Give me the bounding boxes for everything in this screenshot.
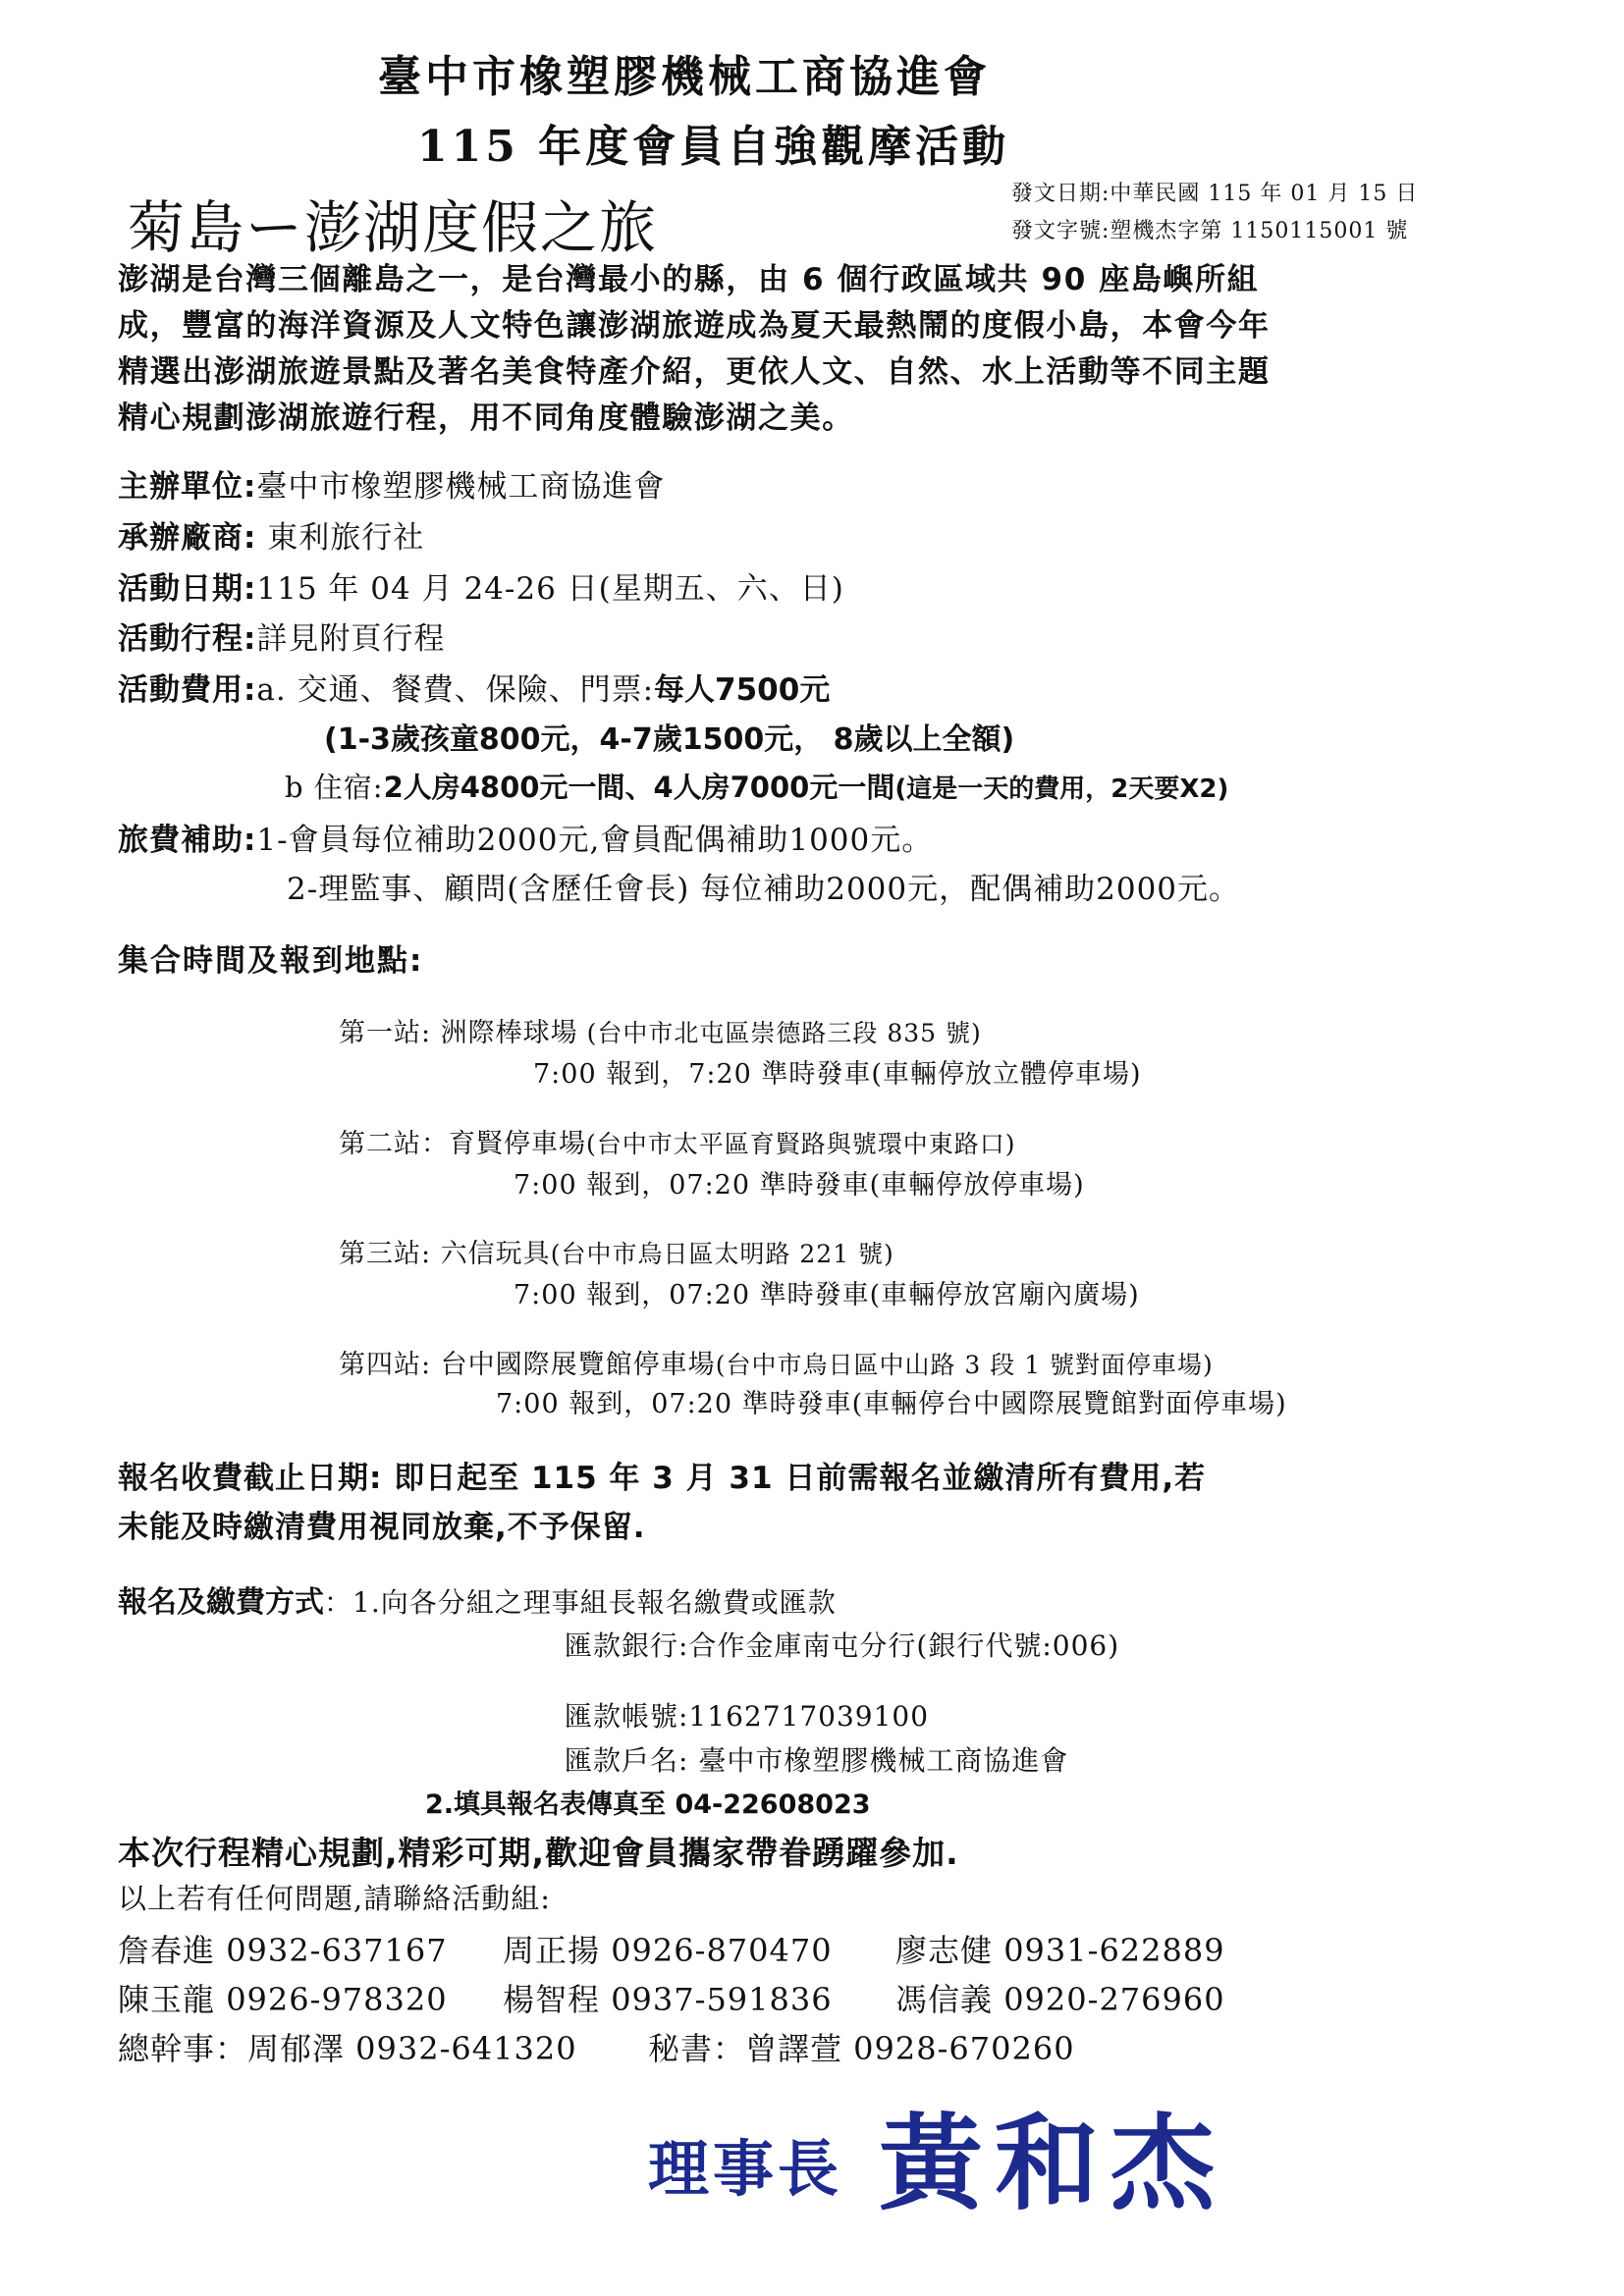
payment-method-2: 2.填具報名表傳真至 04-22608023 [425,1783,871,1821]
issue-number: 發文字號:塑機杰字第 1150115001 號 [1011,214,1408,244]
organizer-row: 主辦單位:臺中市橡塑膠機械工商協進會 [118,461,665,506]
deadline-line-2: 未能及時繳清費用視同放棄,不予保留. [118,1502,646,1546]
contact-intro: 以上若有任何問題,請聯絡活動組: [118,1877,551,1917]
fee-a-price: 每人7500元 [654,672,830,708]
secretary-general: 總幹事：周郁澤 0932-641320 [118,2024,577,2069]
payment-label: 報名及繳費方式 [118,1585,324,1620]
contact-name: 詹春進 [118,1932,215,1969]
intro-line: 精心規劃澎湖旅遊行程，用不同角度體驗澎湖之美。 [118,396,1532,442]
organizer-label: 主辦單位: [118,469,256,505]
contact-name: 廖志健 [895,1932,993,1969]
organizer-value: 臺中市橡塑膠機械工商協進會 [256,469,665,505]
contact-2: 周正揚 0926-870470 [503,1926,833,1971]
contact-5: 楊智程 0937-591836 [503,1975,833,2020]
station-name: 第一站: 洲際棒球場 [339,1018,578,1048]
fee-a-text: a. 交通、餐費、保險、門票: [256,672,654,708]
date-row: 活動日期:115 年 04 月 24-26 日(星期五、六、日) [118,563,844,608]
date-value: 115 年 04 月 24-26 日(星期五、六、日) [256,571,843,607]
agency-value: 東利旅行社 [256,520,424,556]
payment-bank: 匯款銀行:合作金庫南屯分行(銀行代號:006) [565,1625,1119,1664]
itinerary-row: 活動行程:詳見附頁行程 [118,614,445,658]
station-4: 第四站: 台中國際展覽館停車場(台中市烏日區中山路 3 段 1 號對面停車場) [339,1343,1214,1381]
contact-phone: 0926-870470 [611,1932,832,1969]
subsidy-label: 旅費補助: [118,823,256,858]
closing-message: 本次行程精心規劃,精彩可期,歡迎會員攜家帶眷踴躍參加. [118,1828,959,1874]
organization-title: 臺中市橡塑膠機械工商協進會 [378,41,991,104]
station-1-time: 7:00 報到，7:20 準時發車(車輛停放立體停車場) [533,1052,1142,1091]
subsidy-item-2-text: 2-理監事、顧問(含歷任會長) 每位補助2000元，配偶補助2000元。 [287,872,1240,907]
station-address: (台中市烏日區太明路 221 號) [551,1240,894,1268]
agency-row: 承辦廠商: 東利旅行社 [118,512,424,557]
station-2: 第二站：育賢停車場(台中市太平區育賢路與號環中東路口) [339,1122,1016,1160]
itinerary-label: 活動行程: [118,621,256,657]
itinerary-value: 詳見附頁行程 [256,621,445,657]
issue-date: 發文日期:中華民國 115 年 01 月 15 日 [1011,177,1418,207]
contact-name: 陳玉龍 [118,1981,215,2018]
station-1: 第一站: 洲際棒球場 (台中市北屯區崇德路三段 835 號) [339,1011,982,1049]
contact-name: 楊智程 [503,1981,600,2018]
station-address: (台中市烏日區中山路 3 段 1 號對面停車場) [716,1351,1214,1379]
intro-paragraph: 澎湖是台灣三個離島之一，是台灣最小的縣，由 6 個行政區域共 90 座島嶼所組 … [118,257,1532,442]
station-name: 第二站：育賢停車場 [339,1129,586,1159]
deadline-line-1: 報名收費截止日期: 即日起至 115 年 3 月 31 日前需報名並繳清所有費用… [118,1453,1206,1497]
fee-b-text: 2人房4800元一間、4人房7000元一間 [384,771,895,804]
contact-3: 廖志健 0931-622889 [895,1926,1225,1971]
event-title: 115 年度會員自強觀摩活動 [417,111,1009,174]
signature-name: 黃和杰 [879,2081,1226,2230]
station-address: (台中市北屯區崇德路三段 835 號) [578,1019,982,1047]
contact-phone: 0937-591836 [611,1981,832,2018]
station-name: 第四站: 台中國際展覽館停車場 [339,1350,716,1380]
payment-row: 報名及繳費方式：1.向各分組之理事組長報名繳費或匯款 [118,1577,837,1621]
fee-children: (1-3歲孩童800元，4-7歲1500元， 8歲以上全額) [324,715,1014,758]
contact-name: 周正揚 [503,1932,600,1969]
secretary: 秘書：曾譯萱 0928-670260 [648,2024,1075,2069]
contact-phone: 0926-978320 [226,1981,447,2018]
subsidy-item-1: 1-會員每位補助2000元,會員配偶補助1000元。 [256,823,933,858]
payment-method-1: ：1.向各分組之理事組長報名繳費或匯款 [324,1586,837,1619]
payment-account: 匯款帳號:1162717039100 [565,1695,929,1735]
fee-label: 活動費用: [118,672,256,708]
contact-name: 馮信義 [895,1981,993,2018]
subsidy-row: 旅費補助:1-會員每位補助2000元,會員配偶補助1000元。 [118,815,933,859]
fee-b-note: (這是一天的費用，2天要X2) [894,774,1228,804]
intro-line: 成，豐富的海洋資源及人文特色讓澎湖旅遊成為夏天最熱鬧的度假小島，本會今年 [118,303,1532,349]
intro-line: 澎湖是台灣三個離島之一，是台灣最小的縣，由 6 個行政區域共 90 座島嶼所組 [118,257,1532,303]
subsidy-item-2: 2-理監事、顧問(含歷任會長) 每位補助2000元，配偶補助2000元。 [287,864,1240,908]
intro-line: 精選出澎湖旅遊景點及著名美食特產介紹，更依人文、自然、水上活動等不同主題 [118,349,1532,396]
payment-account-name: 匯款戶名: 臺中市橡塑膠機械工商協進會 [565,1739,1068,1779]
station-3: 第三站: 六信玩具(台中市烏日區太明路 221 號) [339,1232,894,1270]
trip-title: 菊島ー澎湖度假之旅 [128,182,658,264]
contact-1: 詹春進 0932-637167 [118,1926,448,1971]
signature-title: 理事長 [648,2120,842,2208]
contact-phone: 0920-276960 [1003,1981,1224,2018]
contact-phone: 0932-637167 [226,1932,447,1969]
station-name: 第三站: 六信玩具 [339,1239,551,1269]
agency-label: 承辦廠商: [118,520,256,556]
contact-6: 馮信義 0920-276960 [895,1975,1225,2020]
station-2-time: 7:00 報到，07:20 準時發車(車輛停放停車場) [514,1163,1085,1201]
station-4-time: 7:00 報到，07:20 準時發車(車輛停台中國際展覽館對面停車場) [496,1382,1287,1420]
fee-row: 活動費用:a. 交通、餐費、保險、門票:每人7500元 [118,665,830,709]
station-address: (台中市太平區育賢路與號環中東路口) [586,1130,1016,1158]
contact-phone: 0931-622889 [1003,1932,1224,1969]
station-3-time: 7:00 報到，07:20 準時發車(車輛停放宮廟內廣場) [514,1273,1140,1311]
fee-b-prefix: b 住宿: [285,771,384,804]
contact-4: 陳玉龍 0926-978320 [118,1975,448,2020]
fee-lodging-row: b 住宿:2人房4800元一間、4人房7000元一間(這是一天的費用，2天要X2… [285,766,1228,806]
date-label: 活動日期: [118,571,256,607]
meeting-heading: 集合時間及報到地點: [118,935,423,980]
